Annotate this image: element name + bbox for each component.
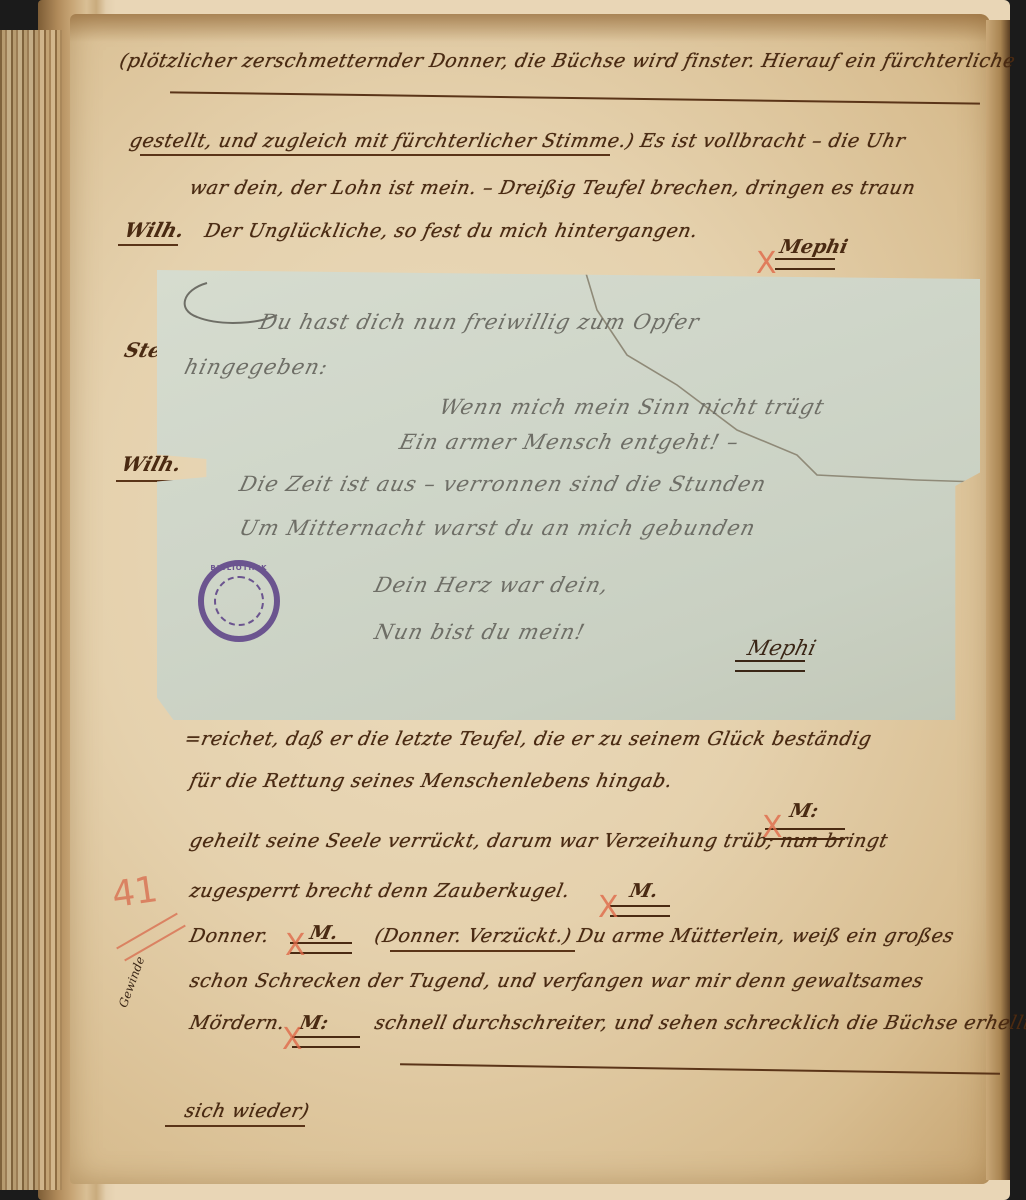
underline [118,244,178,246]
speaker-mark: M. [308,922,340,944]
manuscript-line: =reichet, daß er die letzte Teufel, die … [183,728,874,750]
page-edges [0,30,62,1190]
manuscript-line: Donner. [188,925,272,947]
slip-line: hingegeben: [182,355,331,379]
slip-line: Die Zeit ist aus – verronnen sind die St… [237,472,769,496]
red-pencil-x: X [598,890,619,925]
slip-signature: Mephi [745,636,819,660]
red-pencil-x: X [282,1022,303,1057]
slip-line: Ein armer Mensch entgeht! – [397,430,742,454]
speaker-mark: M: [788,800,821,822]
manuscript-line: sich wieder) [183,1100,312,1122]
manuscript-line: geheilt seine Seele verrückt, darum war … [188,830,890,852]
manuscript-line: schnell durchschreiter, und sehen schrec… [373,1012,1026,1034]
slip-line: Nun bist du mein! [372,620,588,644]
speaker-mark: M: [298,1012,331,1034]
manuscript-line: (Donner. Verzückt.) Du arme Mütterlein, … [373,925,956,947]
signature-underline [735,660,805,672]
speaker-mark: Mephi [778,236,850,258]
underline [165,1125,305,1127]
slip-line: Wenn mich mein Sinn nicht trügt [437,395,827,419]
red-pencil-x: X [756,246,777,281]
manuscript-line: zugesperrt brecht denn Zauberkugel. [188,880,572,902]
slip-line: Um Mitternacht warst du an mich gebunden [237,516,758,540]
margin-speaker-label: Wilh. [122,218,187,242]
stamp-text: BIBLIOTHEK [204,564,274,572]
underline [390,950,575,952]
slip-line: Du hast dich nun freiwillig zum Opfer [257,310,702,334]
speaker-mark: M. [628,880,660,902]
stamp-inner-ring [214,576,264,626]
manuscript-line: war dein, der Lohn ist mein. – Dreißig T… [188,177,918,199]
red-pencil-number: 41 [109,869,160,916]
manuscript-line: gestellt, und zugleich mit fürchterliche… [128,130,908,152]
manuscript-line: für die Rettung seines Menschenlebens hi… [188,770,675,792]
page-stain [70,14,990,42]
manuscript-line: Mördern. [188,1012,287,1034]
underline [140,154,610,156]
manuscript-line: schon Schrecken der Tugend, und verfange… [188,970,926,992]
double-underline [610,905,670,917]
book-right-edge [986,20,1010,1180]
manuscript-line: Der Unglückliche, so fest du mich hinter… [203,220,700,242]
library-stamp-icon: BIBLIOTHEK [198,560,280,642]
red-pencil-x: X [285,928,306,963]
slip-line: Dein Herz war dein, [372,573,612,597]
double-underline [775,258,835,270]
manuscript-line: (plötzlicher zerschmetternder Donner, di… [118,50,1018,72]
